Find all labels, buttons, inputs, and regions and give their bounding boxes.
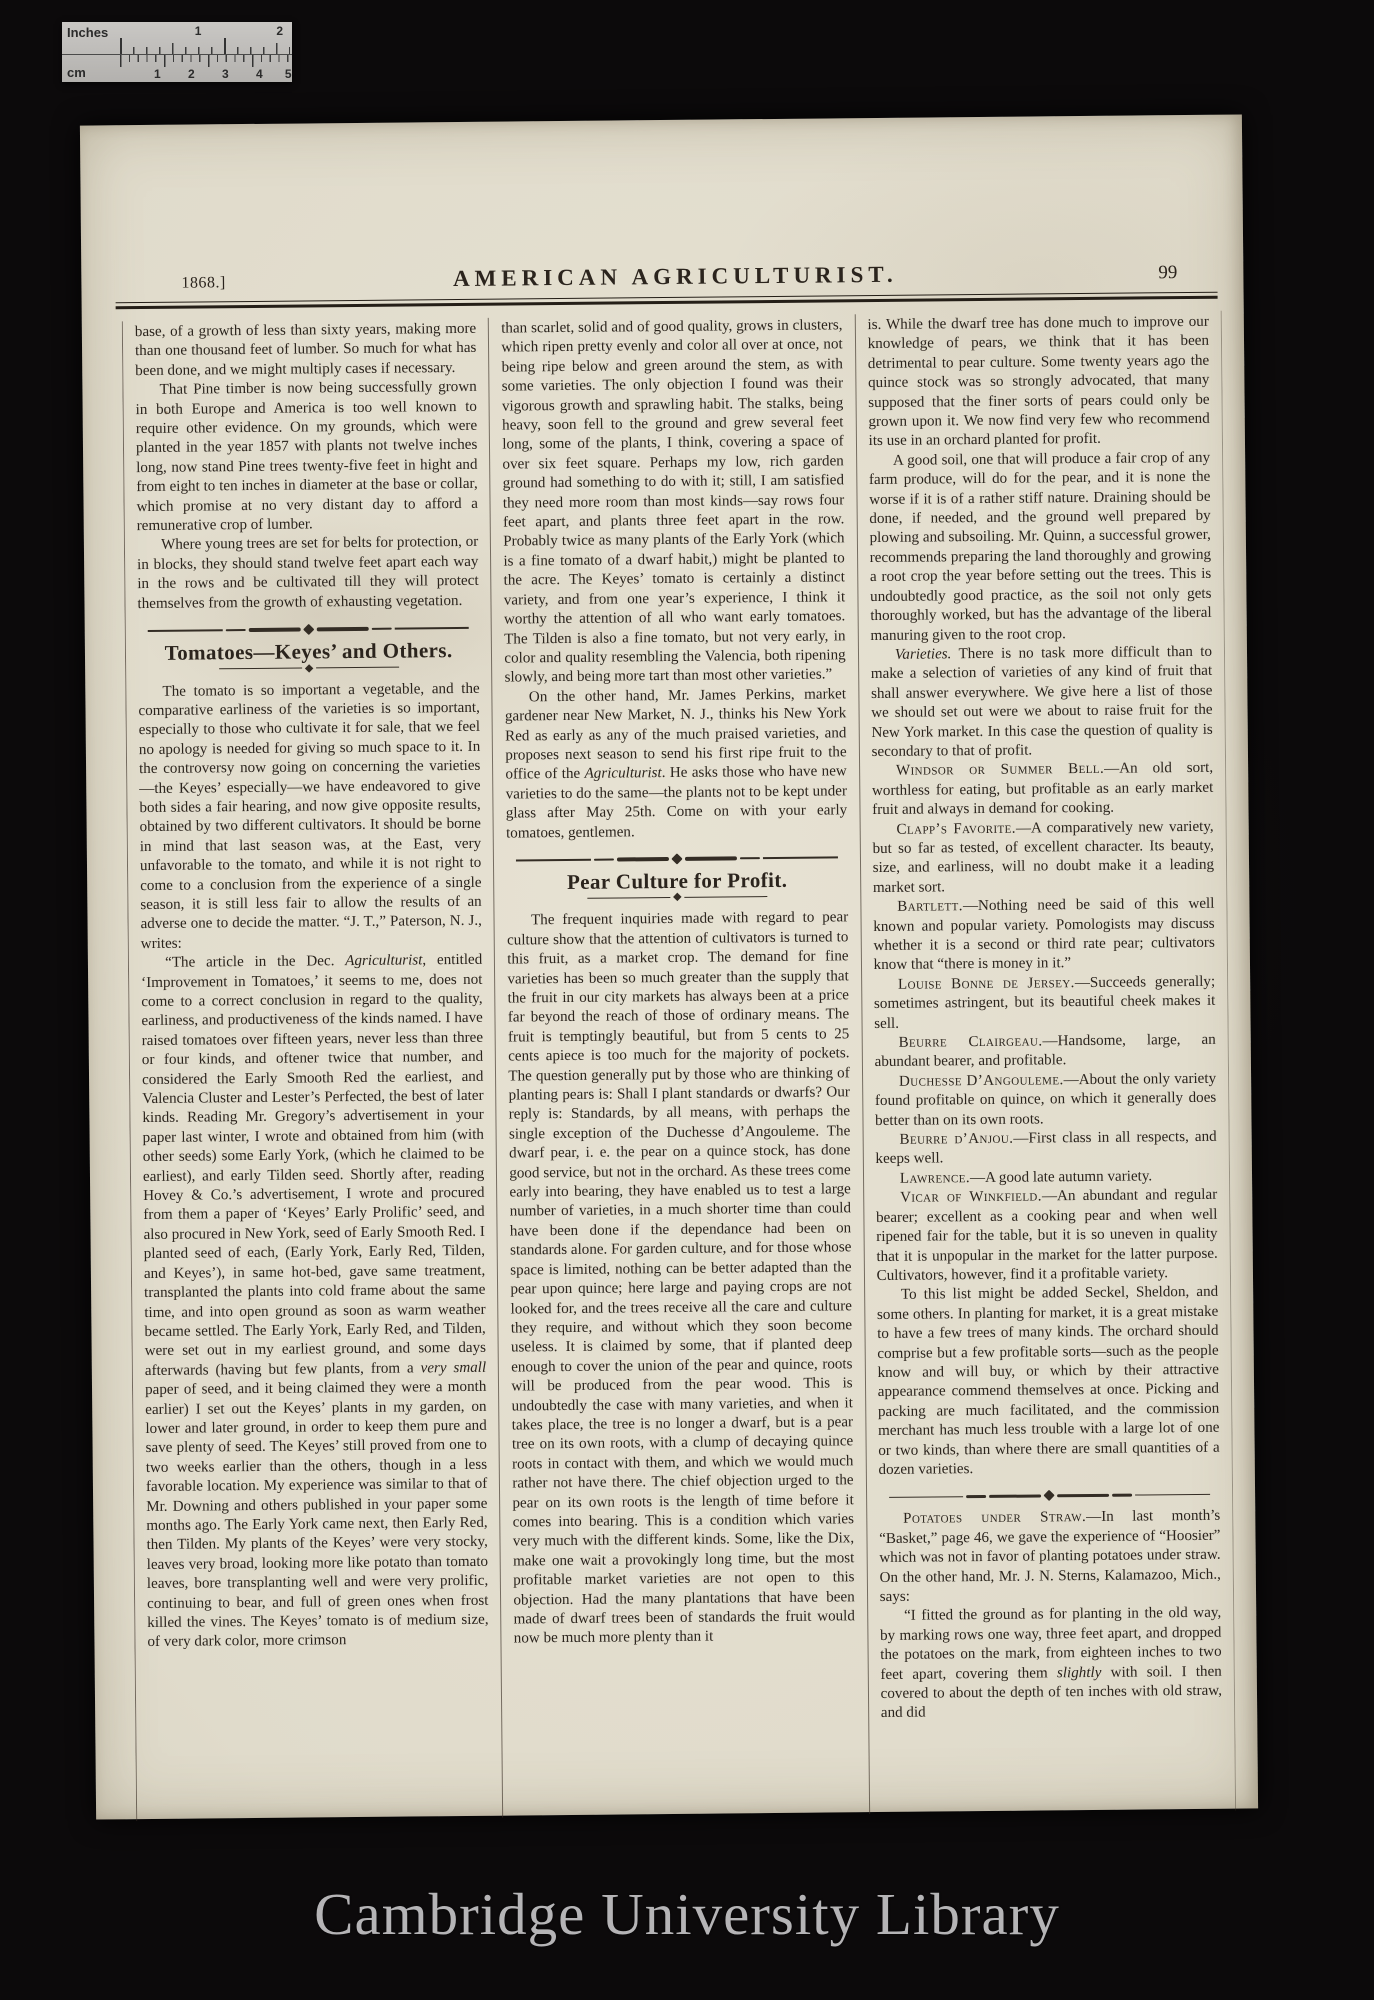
ruler-number: 3 [222,67,229,81]
paragraph: A good soil, one that will produce a fai… [869,449,1212,646]
ruler-number: 5 [285,67,292,81]
ruler-inches-label: Inches [67,25,108,40]
header-rule [116,292,1218,310]
paragraph: Duchesse D’Angouleme.—About the only var… [875,1070,1217,1131]
paragraph: Varieties. There is no task more difficu… [871,643,1213,763]
photographed-document: { "ruler": { "top_label": "Inches", "bot… [0,0,1374,2000]
paragraph: The frequent inquiries made with regard … [507,909,855,1650]
paragraph: That Pine timber is now being successful… [135,378,478,537]
paragraph: Potatoes under Straw.—In last month’s “B… [879,1507,1221,1607]
paragraph: Bartlett.—Nothing need be said of this w… [873,895,1215,976]
column-2: than scarlet, solid and of good quality,… [488,314,869,1817]
ornamental-divider [516,853,837,864]
publication-title: AMERICAN AGRICULTURIST. [173,259,1177,295]
paragraph: Louise Bonne de Jersey.—Succeeds general… [874,973,1216,1034]
paragraph: Clapp’s Favorite.—A comparatively new va… [872,817,1214,898]
paragraph: base, of a growth of less than sixty yea… [135,320,477,381]
paragraph: than scarlet, solid and of good quality,… [501,316,846,688]
library-watermark: Cambridge University Library [0,1880,1374,1949]
page-header: 1868.] AMERICAN AGRICULTURIST. 99 [173,255,1177,295]
ruler-number: 1 [195,24,202,38]
ruler-inch-ticks-big [120,38,290,54]
small-divider [587,893,767,901]
small-divider [219,664,399,672]
paragraph: Vicar of Winkfield.—An abundant and regu… [876,1186,1218,1286]
paragraph: Where young trees are set for belts for … [137,533,479,614]
article-heading: Tomatoes—Keyes’ and Others. [138,641,479,664]
ruler-cm-scale: cm 12345 [62,54,292,83]
ruler-number: 1 [154,67,161,81]
ruler-inches-scale: Inches 12 [62,22,292,54]
ruler-cm-ticks-big [120,55,290,67]
paragraph: On the other hand, Mr. James Perkins, ma… [505,685,848,844]
ornamental-divider [148,624,469,635]
paragraph: The tomato is so important a vegetable, … [138,679,482,954]
magazine-page: 1868.] AMERICAN AGRICULTURIST. 99 base, … [80,114,1258,1819]
paragraph: Beurre Clairgeau.—Handsome, large, an ab… [874,1031,1216,1073]
paragraph: is. While the dwarf tree has done much t… [867,313,1210,452]
text-columns: base, of a growth of less than sixty yea… [122,311,1236,1821]
measurement-ruler: Inches 12 cm 12345 [62,22,292,82]
paragraph: “The article in the Dec. Agriculturist, … [141,951,489,1653]
paragraph: To this list might be added Seckel, Shel… [877,1283,1220,1480]
ruler-number: 2 [188,67,195,81]
column-3: is. While the dwarf tree has done much t… [854,311,1236,1814]
article-heading: Pear Culture for Profit. [506,870,847,893]
paragraph: Beurre d’Anjou.—First class in all respe… [875,1128,1217,1170]
column-1: base, of a growth of less than sixty yea… [122,318,503,1821]
ornamental-divider [889,1490,1210,1501]
ruler-number: 2 [276,24,283,38]
paragraph: “I fitted the ground as for planting in … [880,1604,1222,1724]
ruler-number: 4 [256,67,263,81]
paragraph: Windsor or Summer Bell.—An old sort, wor… [872,759,1214,820]
ruler-cm-label: cm [67,65,86,80]
page-number: 99 [1158,262,1177,284]
